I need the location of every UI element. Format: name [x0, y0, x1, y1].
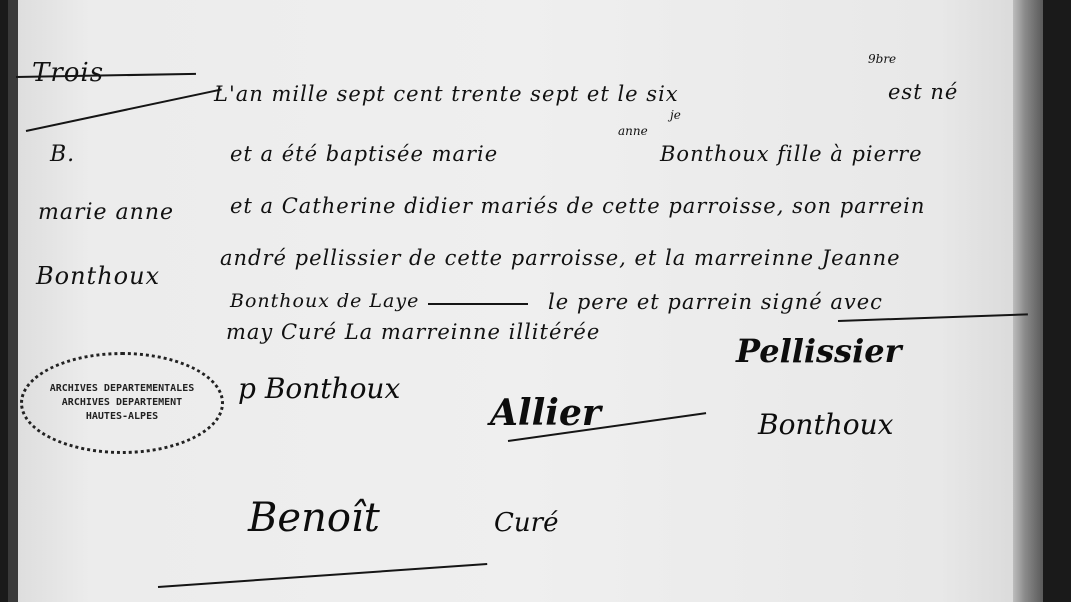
- stamp-line-1: ARCHIVES DEPARTEMENTALES: [50, 382, 195, 396]
- margin-name-last: Bonthoux: [36, 262, 160, 290]
- signature-priest-title: Curé: [494, 508, 558, 538]
- register-page: Trois B. marie anne Bonthoux L'an mille …: [8, 0, 1043, 602]
- body-line-6: may Curé La marreinne illitérée: [226, 320, 600, 344]
- body-line-2-rest: Bonthoux fille à pierre: [660, 142, 923, 166]
- superscript-je: je: [670, 108, 681, 122]
- signature-underline: [158, 563, 487, 588]
- body-line-1-end: est né: [888, 80, 958, 104]
- stamp-line-3: HAUTES-ALPES: [86, 410, 158, 424]
- margin-record-number: Trois: [32, 58, 104, 88]
- signature-priest: Benoît: [248, 495, 380, 541]
- superscript-anne: anne: [618, 124, 648, 138]
- superscript-month: 9bre: [868, 52, 896, 66]
- page-right-edge: [1013, 0, 1043, 602]
- page-left-edge: [8, 0, 18, 602]
- flourish-line: [26, 88, 222, 132]
- archive-stamp: ARCHIVES DEPARTEMENTALES ARCHIVES DEPART…: [20, 352, 224, 454]
- signature-godfather: Pellissier: [736, 332, 901, 370]
- body-line-1: L'an mille sept cent trente sept et le s…: [214, 82, 679, 106]
- margin-entry-type: B.: [50, 142, 75, 167]
- signature-father: p Bonthoux: [238, 372, 400, 405]
- body-line-2: et a été baptisée marie: [230, 142, 498, 166]
- line-filler: [838, 313, 1028, 322]
- margin-name-first: marie anne: [38, 200, 174, 225]
- body-line-5: Bonthoux de Laye: [230, 290, 419, 312]
- body-line-5-rest: le pere et parrein signé avec: [548, 290, 883, 314]
- body-line-4: andré pellissier de cette parroisse, et …: [220, 246, 901, 270]
- signature-other: Bonthoux: [758, 408, 893, 441]
- stamp-line-2: ARCHIVES DEPARTEMENT: [62, 396, 182, 410]
- body-line-3: et a Catherine didier mariés de cette pa…: [230, 194, 925, 218]
- signature-witness: Allier: [490, 392, 601, 434]
- line-filler: [428, 303, 528, 305]
